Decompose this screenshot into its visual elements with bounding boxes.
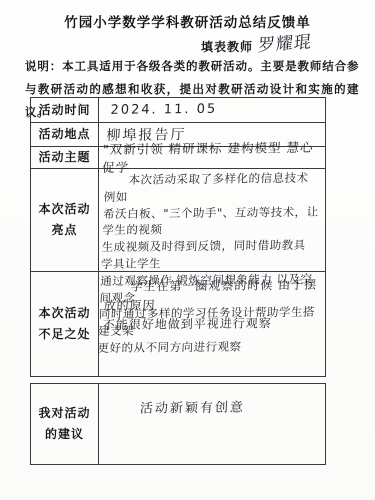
field-value-activity-highlights: 本次活动采取了多样化的信息技术 例如 希沃白板、"三个助手"、互动等技术，让学生… bbox=[95, 167, 325, 271]
page-title: 竹园小学数学学科教研活动总结反馈单 bbox=[0, 11, 375, 31]
table-row-activity-highlights: 本次活动亮点 本次活动采取了多样化的信息技术 例如 希沃白板、"三个助手"、互动… bbox=[31, 169, 325, 272]
field-label-activity-place: 活动地点 bbox=[31, 123, 99, 146]
form-filler-row: 填表教师 罗耀琨 bbox=[201, 31, 313, 56]
field-label-activity-theme: 活动主题 bbox=[31, 147, 99, 168]
field-value-activity-theme: "双新引领 精研课标 建构模型 慧心促学 bbox=[98, 145, 325, 168]
table-row-activity-time: 活动时间 2024. 11. 05 bbox=[31, 98, 325, 123]
field-label-activity-time: 活动时间 bbox=[31, 98, 99, 122]
table-row-my-suggestions: 我对活动的建议 活动新颖有创意 bbox=[31, 384, 325, 464]
field-label-my-suggestions: 我对活动的建议 bbox=[31, 384, 99, 464]
field-label-activity-shortcomings: 本次活动不足之处 bbox=[31, 272, 99, 376]
table-row-activity-shortcomings: 本次活动不足之处 学生在第一圈观察的时候 由于摆放的原因 不能很好地做到平视进行… bbox=[31, 272, 325, 376]
field-value-activity-time: 2024. 11. 05 bbox=[98, 96, 325, 122]
field-value-my-suggestions: 活动新颖有创意 bbox=[96, 382, 325, 464]
form-table-main-section: 活动时间 2024. 11. 05 活动地点 柳埠报告厅 活动主题 "双新引领 … bbox=[30, 97, 326, 377]
form-table-suggestion-section: 我对活动的建议 活动新颖有创意 bbox=[30, 383, 326, 465]
feedback-form-table: 活动时间 2024. 11. 05 活动地点 柳埠报告厅 活动主题 "双新引领 … bbox=[30, 97, 326, 465]
table-row-activity-theme: 活动主题 "双新引领 精研课标 建构模型 慧心促学 bbox=[31, 147, 325, 169]
teacher-signature: 罗耀琨 bbox=[257, 27, 313, 56]
filler-teacher-label: 填表教师 bbox=[201, 38, 253, 55]
scanned-feedback-form-page: 竹园小学数学学科教研活动总结反馈单 填表教师 罗耀琨 说明：本工具适用于各级各类… bbox=[0, 0, 375, 500]
field-label-activity-highlights: 本次活动亮点 bbox=[31, 169, 99, 271]
field-value-activity-shortcomings: 学生在第一圈观察的时候 由于摆放的原因 不能很好地做到平视进行观察 bbox=[95, 270, 325, 376]
